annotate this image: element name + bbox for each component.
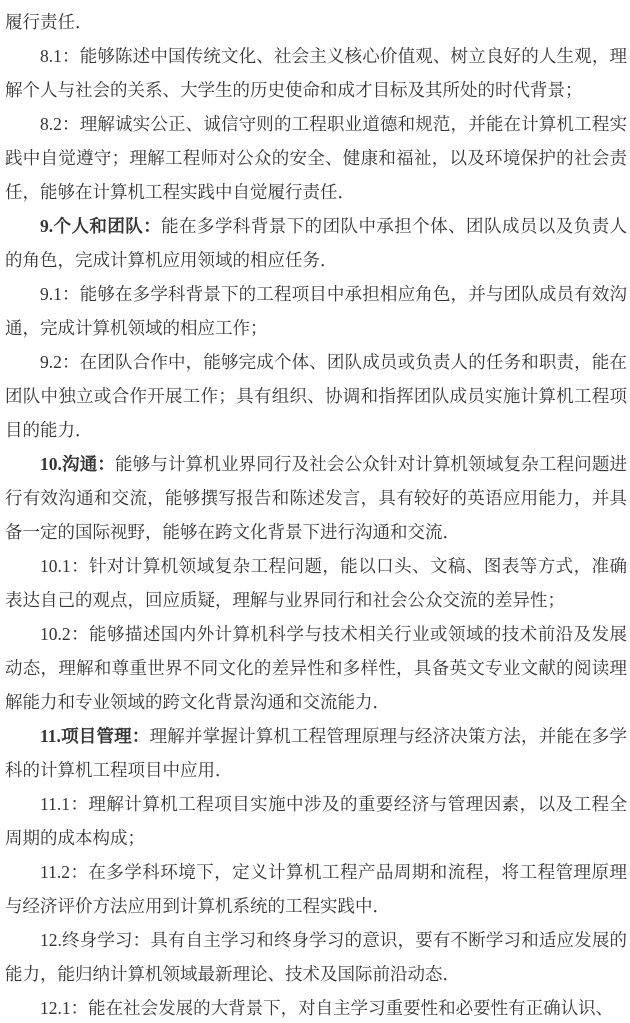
paragraph-9-2-text: 9.2：在团队合作中，能够完成个体、团队成员或负责人的任务和职责，能在团队中独立… (5, 352, 627, 440)
paragraph-12-heading-text: 12.终身学习：具有自主学习和终身学习的意识，要有不断学习和适应发展的能力，能归… (5, 930, 627, 984)
paragraph-8-2-text: 8.2：理解诚实公正、诚信守则的工程职业道德和规范，并能在计算机工程实践中自觉遵… (5, 114, 627, 202)
paragraph-10-2-text: 10.2：能够描述国内外计算机科学与技术相关行业或领域的技术前沿及发展动态，理解… (5, 624, 627, 712)
document-page: 履行责任． 8.1：能够陈述中国传统文化、社会主义核心价值观、树立良好的人生观，… (5, 5, 627, 1023)
paragraph-9-heading-lead: 9.个人和团队： (40, 216, 161, 236)
paragraph-9-2: 9.2：在团队合作中，能够完成个体、团队成员或负责人的任务和职责，能在团队中独立… (5, 345, 627, 447)
paragraph-11-2-text: 11.2：在多学科环境下，定义计算机工程产品周期和流程，将工程管理原理与经济评价… (5, 862, 627, 916)
paragraph-10-2: 10.2：能够描述国内外计算机科学与技术相关行业或领域的技术前沿及发展动态，理解… (5, 617, 627, 719)
paragraph-12-1-text: 12.1：能在社会发展的大背景下，对自主学习重要性和必要性有正确认识、 (40, 998, 613, 1018)
paragraph-10-heading-lead: 10.沟通： (40, 454, 115, 474)
paragraph-11-1-text: 11.1：理解计算机工程项目实施中涉及的重要经济与管理因素，以及工程全周期的成本… (5, 794, 627, 848)
paragraph-11-heading-lead: 11.项目管理： (40, 726, 150, 746)
paragraph-9-heading: 9.个人和团队：能在多学科背景下的团队中承担个体、团队成员以及负责人的角色，完成… (5, 209, 627, 277)
paragraph-9-1: 9.1：能够在多学科背景下的工程项目中承担相应角色，并与团队成员有效沟通，完成计… (5, 277, 627, 345)
paragraph-10-1-text: 10.1：针对计算机领域复杂工程问题，能以口头、文稿、图表等方式，准确表达自己的… (5, 556, 627, 610)
paragraph-10-1: 10.1：针对计算机领域复杂工程问题，能以口头、文稿、图表等方式，准确表达自己的… (5, 549, 627, 617)
paragraph-11-2: 11.2：在多学科环境下，定义计算机工程产品周期和流程，将工程管理原理与经济评价… (5, 855, 627, 923)
paragraph-8-continuation: 履行责任． (5, 5, 627, 39)
paragraph-9-1-text: 9.1：能够在多学科背景下的工程项目中承担相应角色，并与团队成员有效沟通，完成计… (5, 284, 627, 338)
paragraph-8-1: 8.1：能够陈述中国传统文化、社会主义核心价值观、树立良好的人生观，理解个人与社… (5, 39, 627, 107)
paragraph-12-1: 12.1：能在社会发展的大背景下，对自主学习重要性和必要性有正确认识、 (5, 991, 627, 1023)
paragraph-12-heading: 12.终身学习：具有自主学习和终身学习的意识，要有不断学习和适应发展的能力，能归… (5, 923, 627, 991)
paragraph-11-heading: 11.项目管理：理解并掌握计算机工程管理原理与经济决策方法，并能在多学科的计算机… (5, 719, 627, 787)
paragraph-8-1-text: 8.1：能够陈述中国传统文化、社会主义核心价值观、树立良好的人生观，理解个人与社… (5, 46, 627, 100)
paragraph-10-heading: 10.沟通：能够与计算机业界同行及社会公众针对计算机领域复杂工程问题进行有效沟通… (5, 447, 627, 549)
paragraph-8-continuation-text: 履行责任． (5, 12, 93, 32)
paragraph-8-2: 8.2：理解诚实公正、诚信守则的工程职业道德和规范，并能在计算机工程实践中自觉遵… (5, 107, 627, 209)
paragraph-11-1: 11.1：理解计算机工程项目实施中涉及的重要经济与管理因素，以及工程全周期的成本… (5, 787, 627, 855)
